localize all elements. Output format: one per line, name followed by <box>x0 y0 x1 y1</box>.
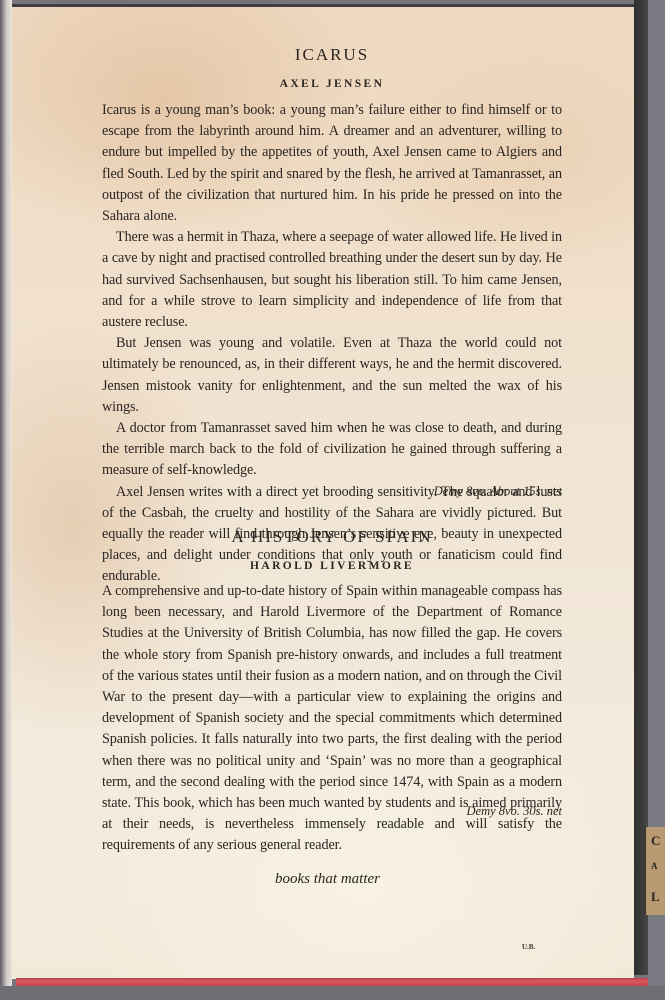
jacket-bottom-edge-red <box>16 978 648 986</box>
publisher-tagline: books that matter <box>275 871 380 888</box>
spine-library-label: C A L <box>644 827 665 915</box>
book-title: ICARUS <box>102 45 562 65</box>
printer-code: U.B. <box>522 943 535 951</box>
spine-label-letter: C <box>651 833 660 849</box>
scanned-book-jacket: C A L ICARUS AXEL JENSEN Icarus is a you… <box>0 0 665 1000</box>
book-blurb: Icarus is a young man’s book: a young ma… <box>102 100 562 588</box>
blurb-paragraph: But Jensen was young and volatile. Even … <box>102 333 562 418</box>
jacket-left-edge <box>0 0 12 1000</box>
jacket-back-panel: ICARUS AXEL JENSEN Icarus is a young man… <box>12 4 634 979</box>
book-title: A HISTORY OF SPAIN <box>102 527 562 547</box>
book-price: Demy 8vo. 30s. net <box>102 804 562 819</box>
blurb-paragraph: Icarus is a young man’s book: a young ma… <box>102 100 562 227</box>
book-price: Demy 8vo. About 15s. net <box>102 484 562 499</box>
spine-label-letter: A <box>651 861 658 871</box>
scan-background-bottom <box>0 986 665 1000</box>
book-author: HAROLD LIVERMORE <box>102 560 562 572</box>
blurb-paragraph: A doctor from Tamanrasset saved him when… <box>102 418 562 482</box>
book-author: AXEL JENSEN <box>102 78 562 90</box>
blurb-paragraph: There was a hermit in Thaza, where a see… <box>102 227 562 333</box>
spine-label-letter: L <box>651 889 660 905</box>
